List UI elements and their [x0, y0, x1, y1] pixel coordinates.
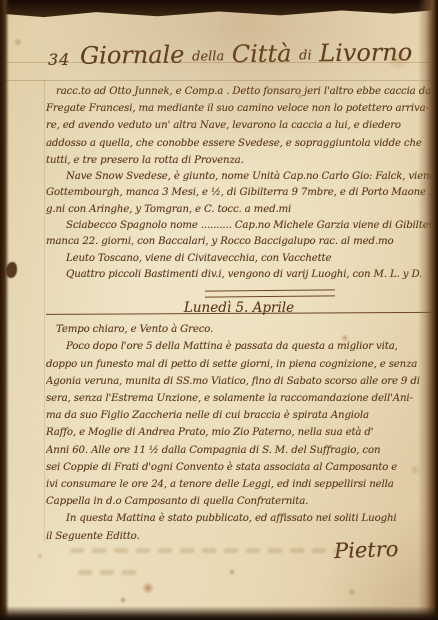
scan-edge-left	[0, 0, 9, 620]
manuscript-line: ivi consumare le ore 24, a tenore delle …	[46, 476, 432, 493]
manuscript-line: Cappella in d.o Camposanto di quella Con…	[46, 493, 432, 510]
bleed-through-note	[78, 570, 139, 575]
ship-arrivals: Nave Snow Svedese, è giunto, nome Unità …	[46, 169, 432, 283]
scan-edge-bottom	[0, 606, 438, 620]
manuscript-line: sera, senza l'Estrema Unzione, e solamen…	[46, 390, 432, 407]
section-divider-double-rule	[205, 290, 335, 298]
entry-april-5: Tempo chiaro, e Vento à Greco. Poco dopo…	[46, 321, 432, 545]
manuscript-line: Fregate Francesi, ma mediante il suo cam…	[46, 100, 432, 117]
manuscript-line: Raffo, e Moglie di Andrea Prato, mio Zio…	[46, 424, 432, 441]
manuscript-line: Agonia veruna, munita di SS.mo Viatico, …	[46, 373, 432, 390]
date-heading: Lunedì 5. Aprile	[46, 298, 432, 318]
faint-margin-line	[44, 80, 45, 542]
signature: Pietro	[333, 537, 398, 563]
title-word-giornale: Giornale	[80, 41, 185, 70]
manuscript-line: Gottembourgh, manca 3 Mesi, e ½, di Gibi…	[46, 185, 432, 201]
manuscript-line: Poco dopo l'ore 5 della Mattina è passat…	[46, 338, 432, 355]
ink-stain	[6, 262, 17, 278]
manuscript-line: racc.to ad Otto Junnek, e Comp.a . Detto…	[46, 83, 432, 100]
manuscript-line: Nave Snow Svedese, è giunto, nome Unità …	[46, 169, 432, 185]
manuscript-page-scan: 34 Giornale della Città di Livorno racc.…	[0, 0, 438, 620]
title-word-di: di	[299, 48, 312, 63]
manuscript-line: sei Coppie di Frati d'ogni Convento è st…	[46, 459, 432, 476]
manuscript-line: Quattro piccoli Bastimenti div.i, vengon…	[46, 267, 432, 283]
manuscript-line: Anni 60. Alle ore 11 ½ dalla Compagnia d…	[46, 442, 432, 459]
manuscript-body: racc.to ad Otto Junnek, e Comp.a . Detto…	[46, 83, 432, 545]
page-title: Giornale della Città di Livorno	[80, 38, 408, 69]
manuscript-line: re, ed avendo veduto un' altra Nave, lev…	[46, 117, 432, 134]
manuscript-line: doppo un funesto mal di petto di sette g…	[46, 356, 432, 373]
manuscript-line: addosso a quella, che conobbe essere Sve…	[46, 135, 432, 152]
manuscript-line: In questa Mattina è stato pubblicato, ed…	[46, 510, 432, 527]
title-word-citta: Città	[232, 40, 292, 69]
page-number: 34	[48, 50, 70, 69]
manuscript-line: Tempo chiaro, e Vento à Greco.	[46, 321, 432, 338]
manuscript-line: Sciabecco Spagnolo nome .......... Cap.n…	[46, 218, 432, 234]
manuscript-line: tutti, e tre presero la rotta di Provenz…	[46, 152, 432, 169]
title-word-della: della	[192, 49, 224, 64]
scan-edge-top	[0, 0, 438, 22]
entry-continuation: racc.to ad Otto Junnek, e Comp.a . Detto…	[46, 83, 432, 169]
manuscript-line: ma da suo Figlio Zaccheria nelle di cui …	[46, 407, 432, 424]
manuscript-line: Leuto Toscano, viene di Civitavecchia, c…	[46, 251, 432, 267]
manuscript-line: g.ni con Aringhe, y Tomgran, e C. tocc. …	[46, 202, 432, 218]
bleed-through-marks	[70, 548, 341, 553]
date-heading-row: Lunedì 5. Aprile	[46, 298, 432, 318]
title-word-livorno: Livorno	[319, 38, 412, 67]
manuscript-line: manca 22. giorni, con Baccalari, y Rocco…	[46, 234, 432, 250]
faint-ruled-line	[0, 80, 438, 81]
